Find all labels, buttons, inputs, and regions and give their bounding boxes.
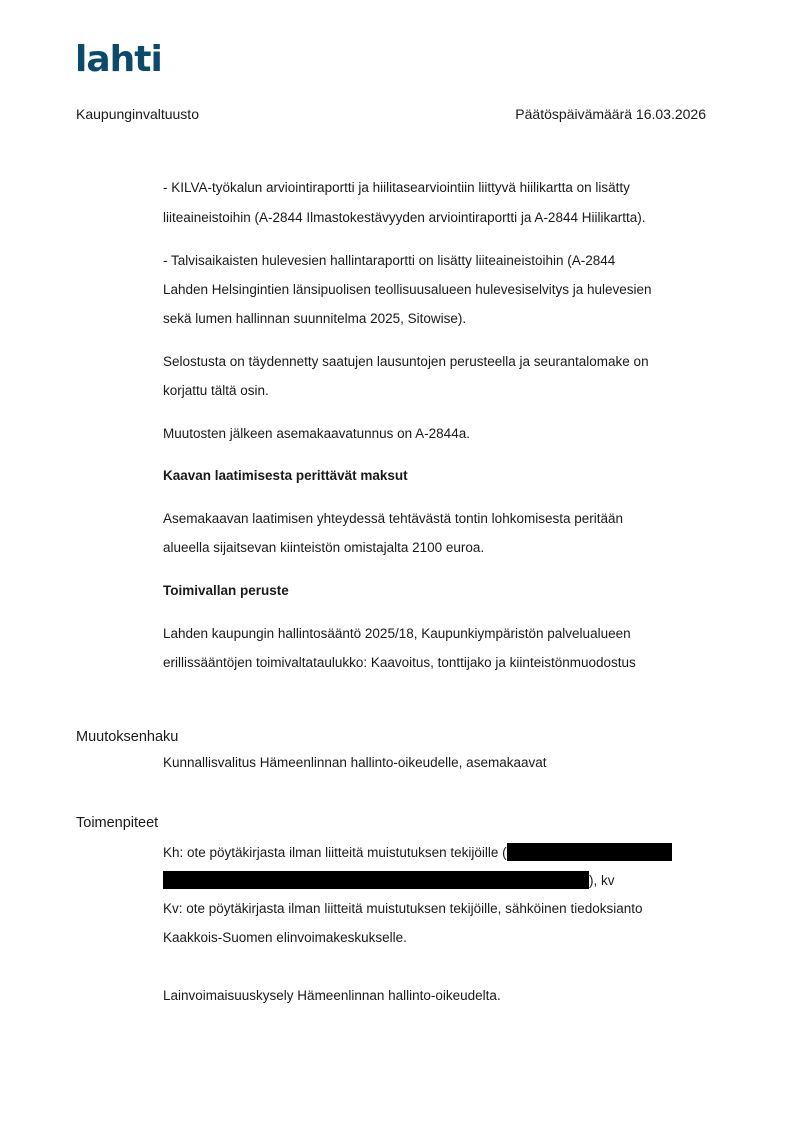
actions-kv-line1: Kv: ote pöytäkirjasta ilman liitteitä mu… (163, 901, 643, 916)
paragraph-line: Selostusta on täydennetty saatujen lausu… (163, 354, 649, 369)
paragraph-line: Asemakaavan laatimisen yhteydessä tehtäv… (163, 511, 623, 526)
paragraph-line: korjattu tältä osin. (163, 383, 269, 398)
paragraph-line: Lahden kaupungin hallintosääntö 2025/18,… (163, 626, 631, 641)
paragraph-line: Muutosten jälkeen asemakaavatunnus on A-… (163, 426, 470, 441)
appeal-label: Muutoksenhaku (76, 729, 178, 745)
paragraph-line: liiteaineistoihin (A-2844 Ilmastokestävy… (163, 210, 645, 225)
paragraph-line: alueella sijaitsevan kiinteistön omistaj… (163, 540, 484, 555)
redacted-block (163, 871, 589, 889)
actions-label: Toimenpiteet (76, 815, 158, 831)
actions-final: Lainvoimaisuuskysely Hämeenlinnan hallin… (163, 988, 501, 1003)
actions-kh-line1: Kh: ote pöytäkirjasta ilman liitteitä mu… (163, 843, 672, 861)
section-heading-fees: Kaavan laatimisesta perittävät maksut (163, 468, 408, 483)
actions-kh-suffix: ), kv (589, 873, 615, 888)
appeal-text: Kunnallisvalitus Hämeenlinnan hallinto-o… (163, 755, 546, 770)
paragraph-line: - Talvisaikaisten hulevesien hallintarap… (163, 253, 615, 268)
paragraph-line: Lahden Helsingintien länsipuolisen teoll… (163, 282, 652, 297)
decision-body: - KILVA-työkalun arviointiraportti ja hi… (163, 0, 733, 1123)
actions-kv-line2: Kaakkois-Suomen elinvoimakeskukselle. (163, 930, 407, 945)
redacted-block (507, 843, 672, 861)
actions-kh-text: Kh: ote pöytäkirjasta ilman liitteitä mu… (163, 845, 507, 860)
paragraph-line: erillissääntöjen toimivaltataulukko: Kaa… (163, 655, 636, 670)
actions-kh-line2: ), kv (163, 871, 615, 889)
section-heading-authority: Toimivallan peruste (163, 583, 289, 598)
lahti-logo: lahti (75, 42, 162, 78)
paragraph-line: sekä lumen hallinnan suunnitelma 2025, S… (163, 311, 466, 326)
paragraph-line: - KILVA-työkalun arviointiraportti ja hi… (163, 180, 630, 195)
